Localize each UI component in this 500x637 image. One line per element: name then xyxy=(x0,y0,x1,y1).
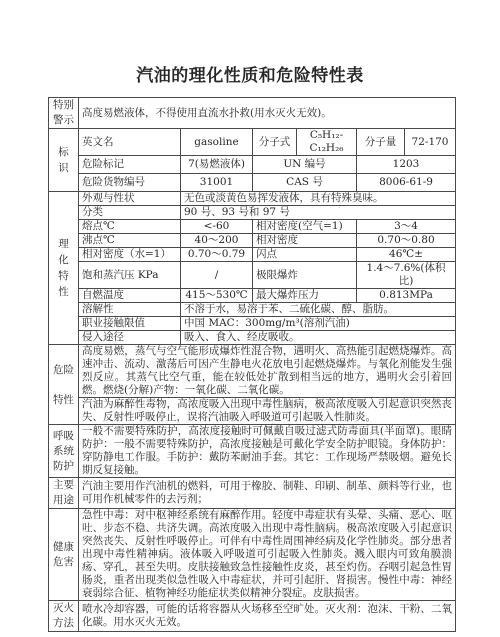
classification-label: 分类 xyxy=(79,206,181,220)
uses-row: 主要用途 汽油主要用作汽油机的燃料，可用于橡胶、制鞋、印刷、制革、颜料等行业，也… xyxy=(49,478,456,509)
section-label-special-warning: 特别警示 xyxy=(49,98,79,129)
solubility-label: 溶解性 xyxy=(79,303,181,317)
special-warning-row: 特别警示 高度易燃液体，不得使用直流水扑救(用水灭火无效)。 xyxy=(49,98,456,129)
english-name-value: gasoline xyxy=(181,129,253,156)
physchem-appearance-row: 理化特性 外观与性状 无色或淡黄色易挥发液体，具有特殊臭味。 xyxy=(49,192,456,206)
melting-point-value: <-60 xyxy=(181,220,253,234)
boiling-point-label: 沸点℃ xyxy=(79,234,181,248)
autoignition-value: 415～530℃ xyxy=(181,289,253,303)
properties-table: 特别警示 高度易燃液体，不得使用直流水扑救(用水灭火无效)。 标识 英文名 ga… xyxy=(48,97,456,632)
section-label-fire: 灭火方法 xyxy=(49,601,79,632)
hazard-row-1: 危险特性 高度易燃，蒸气与空气能形成爆炸性混合物，遇明火、高热能引起燃烧爆炸。高… xyxy=(49,345,456,398)
mol-weight-value: 72-170 xyxy=(405,129,456,156)
identification-label: 标识 xyxy=(58,144,69,176)
appearance-label: 外观与性状 xyxy=(79,192,181,206)
identification-row-2: 危险标记 7(易燃液体) UN 编号 1203 xyxy=(49,156,456,174)
physchem-row-autoignition: 自燃温度 415～530℃ 最大爆炸压力 0.813MPa xyxy=(49,289,456,303)
autoignition-label: 自燃温度 xyxy=(79,289,181,303)
hazard-label: 危险特性 xyxy=(53,355,75,415)
flash-point-value: 46℃± xyxy=(357,248,456,262)
entry-route-label: 侵入途径 xyxy=(79,331,181,345)
hazard-paragraph-2: 汽油为麻醉性毒物，高浓度吸入出现中毒性脑病，极高浓度吸入引起意识突然丧失、反射性… xyxy=(79,398,456,425)
section-label-uses: 主要用途 xyxy=(49,478,79,509)
formula-label: 分子式 xyxy=(253,129,297,156)
identification-row-1: 标识 英文名 gasoline 分子式 C₅H₁₂-C₁₂H₂₆ 分子量 72-… xyxy=(49,129,456,156)
hazard-row-2: 汽油为麻醉性毒物，高浓度吸入出现中毒性脑病，极高浓度吸入引起意识突然丧失、反射性… xyxy=(49,398,456,425)
flash-point-label: 闪点 xyxy=(253,248,357,262)
fire-content: 喷水冷却容器，可能的话将容器从火场移至空旷处。灭火剂：泡沫、干粉、二氧化碳。用水… xyxy=(79,601,456,632)
mol-weight-label: 分子量 xyxy=(357,129,405,156)
section-label-protection: 呼吸系统防护 xyxy=(49,425,79,478)
physchem-classification-row: 分类 90 号、93 号和 97 号 xyxy=(49,206,456,220)
appearance-value: 无色或淡黄色易挥发液体，具有特殊臭味。 xyxy=(181,192,456,206)
fire-label: 灭火方法 xyxy=(53,601,75,631)
melting-point-label: 熔点℃ xyxy=(79,220,181,234)
solubility-value: 不溶于水，易溶于苯、二硫化碳、醇、脂肪。 xyxy=(181,303,456,317)
vapor-density-value: 3～4 xyxy=(357,220,456,234)
physchem-entry-row: 侵入途径 吸入、食入、经皮吸收。 xyxy=(49,331,456,345)
section-label-identification: 标识 xyxy=(49,129,79,192)
explosion-limit-label: 极限爆炸 xyxy=(253,262,357,289)
hazard-mark-value: 7(易燃液体) xyxy=(181,156,253,174)
section-label-physchem: 理化特性 xyxy=(49,192,79,345)
health-row: 健康危害 急性中毒：对中枢神经系统有麻醉作用。轻度中毒症状有头晕、头痛、恶心、呕… xyxy=(49,509,456,601)
explosion-limit-value: 1.4～7.6%(体积比) xyxy=(357,262,456,289)
boiling-point-value: 40～200 xyxy=(181,234,253,248)
uses-label: 主要用途 xyxy=(53,478,75,508)
physchem-label: 理化特性 xyxy=(58,236,69,300)
max-explosion-pressure-label: 最大爆炸压力 xyxy=(253,289,357,303)
special-warning-content: 高度易燃液体，不得使用直流水扑救(用水灭火无效)。 xyxy=(79,98,456,129)
page-title: 汽油的理化性质和危险特性表 xyxy=(0,61,500,86)
english-name-label: 英文名 xyxy=(79,129,181,156)
health-label: 健康危害 xyxy=(53,540,75,570)
protection-content: 一般不需要特殊防护，高浓度接触时可佩戴自吸过滤式防毒面具(半面罩)。眼睛防护：一… xyxy=(79,425,456,478)
physchem-row-water-density: 相对密度（水=1） 0.70～0.79 闪点 46℃± xyxy=(49,248,456,262)
vapor-pressure-label: 饱和蒸汽压 KPa xyxy=(79,262,181,289)
relative-density-label: 相对密度 xyxy=(253,234,357,248)
health-content: 急性中毒：对中枢神经系统有麻醉作用。轻度中毒症状有头晕、头痛、恶心、呕吐、步态不… xyxy=(79,509,456,601)
uses-content: 汽油主要用作汽油机的燃料，可用于橡胶、制鞋、印刷、制革、颜料等行业，也可用作机械… xyxy=(79,478,456,509)
section-label-health: 健康危害 xyxy=(49,509,79,601)
physchem-solubility-row: 溶解性 不溶于水，易溶于苯、二硫化碳、醇、脂肪。 xyxy=(49,303,456,317)
protection-row: 呼吸系统防护 一般不需要特殊防护，高浓度接触时可佩戴自吸过滤式防毒面具(半面罩)… xyxy=(49,425,456,478)
section-label-hazard: 危险特性 xyxy=(49,345,79,425)
physchem-row-vapor-pressure: 饱和蒸汽压 KPa / 极限爆炸 1.4～7.6%(体积比) xyxy=(49,262,456,289)
hazard-paragraph-1: 高度易燃，蒸气与空气能形成爆炸性混合物，遇明火、高热能引起燃烧爆炸。高速冲击、流… xyxy=(79,345,456,398)
water-density-value: 0.70～0.79 xyxy=(181,248,253,262)
cargo-number-label: 危险货物编号 xyxy=(79,174,181,192)
formula-value: C₅H₁₂-C₁₂H₂₆ xyxy=(297,129,357,156)
entry-route-value: 吸入、食入、经皮吸收。 xyxy=(181,331,456,345)
classification-value: 90 号、93 号和 97 号 xyxy=(181,206,456,220)
physchem-row-melting: 熔点℃ <-60 相对密度(空气=1) 3～4 xyxy=(49,220,456,234)
water-density-label: 相对密度（水=1） xyxy=(79,248,181,262)
vapor-pressure-value: / xyxy=(181,262,253,289)
vapor-density-label: 相对密度(空气=1) xyxy=(253,220,357,234)
un-number-label: UN 编号 xyxy=(253,156,357,174)
hazard-mark-label: 危险标记 xyxy=(79,156,181,174)
fire-row: 灭火方法 喷水冷却容器，可能的话将容器从火场移至空旷处。灭火剂：泡沫、干粉、二氧… xyxy=(49,601,456,632)
cas-number-label: CAS 号 xyxy=(253,174,357,192)
exposure-limit-value: 中国 MAC：300mg/m³(溶剂汽油) xyxy=(181,317,456,331)
un-number-value: 1203 xyxy=(357,156,456,174)
max-explosion-pressure-value: 0.813MPa xyxy=(357,289,456,303)
relative-density-value: 0.70～0.80 xyxy=(357,234,456,248)
identification-row-3: 危险货物编号 31001 CAS 号 8006-61-9 xyxy=(49,174,456,192)
physchem-row-boiling: 沸点℃ 40～200 相对密度 0.70～0.80 xyxy=(49,234,456,248)
physchem-oel-row: 职业接触限值 中国 MAC：300mg/m³(溶剂汽油) xyxy=(49,317,456,331)
cargo-number-value: 31001 xyxy=(181,174,253,192)
exposure-limit-label: 职业接触限值 xyxy=(79,317,181,331)
cas-number-value: 8006-61-9 xyxy=(357,174,456,192)
protection-label: 呼吸系统防护 xyxy=(53,429,75,474)
special-warning-label: 特别警示 xyxy=(53,98,75,128)
